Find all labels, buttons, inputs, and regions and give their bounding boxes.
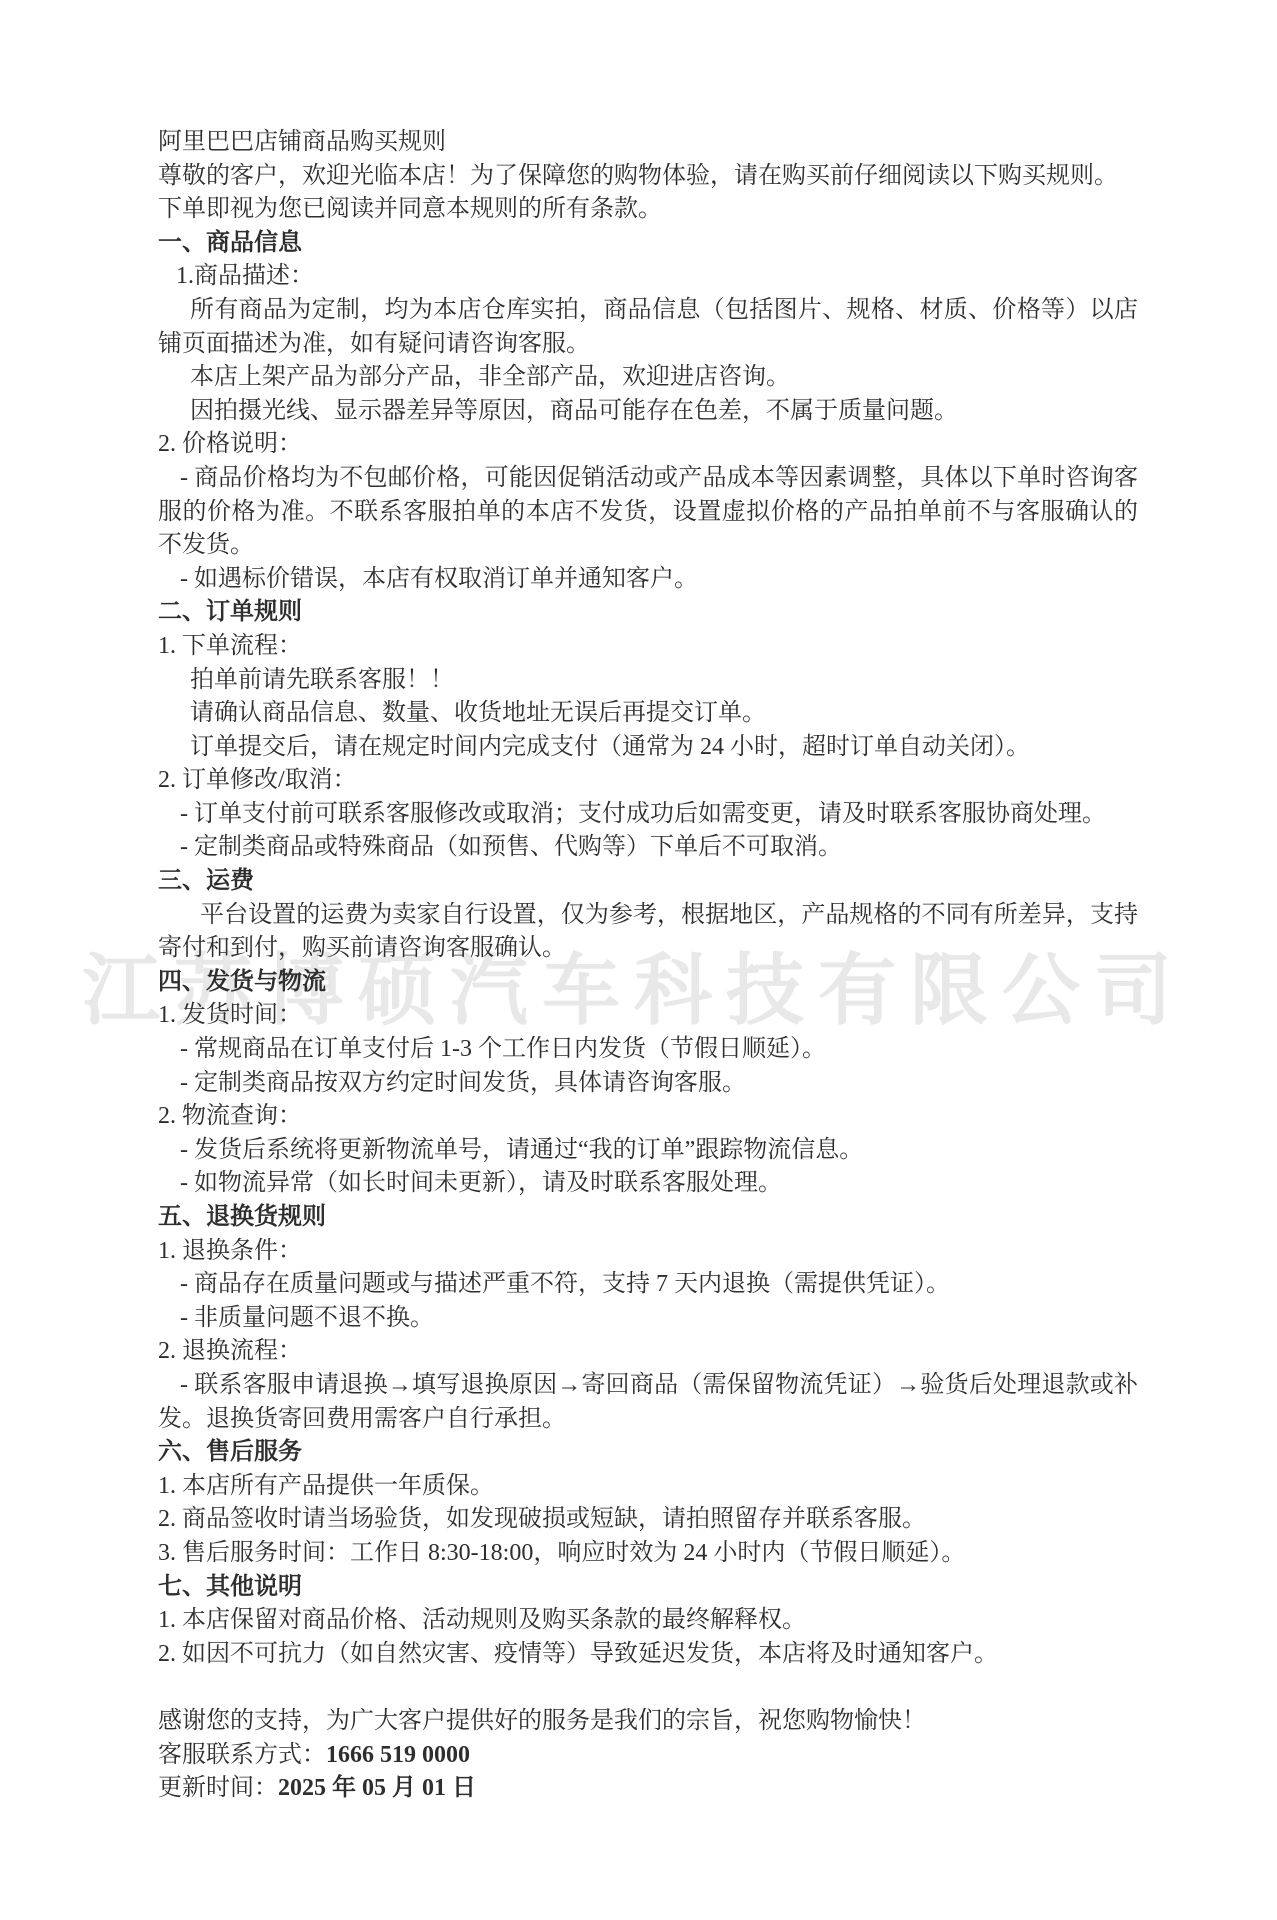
- doc-line: - 商品存在质量问题或与描述严重不符，支持 7 天内退换（需提供凭证）。: [158, 1268, 1138, 1302]
- doc-line: - 定制类商品或特殊商品（如预售、代购等）下单后不可取消。: [158, 831, 1138, 865]
- section-heading: 四、发货与物流: [158, 966, 1138, 1000]
- doc-line: 2. 物流查询：: [158, 1100, 1138, 1134]
- doc-line: 因拍摄光线、显示器差异等原因，商品可能存在色差，不属于质量问题。: [158, 395, 1138, 429]
- section-heading: 七、其他说明: [158, 1571, 1138, 1605]
- doc-line: 1. 发货时间：: [158, 999, 1138, 1033]
- update-label: 更新时间：: [158, 1775, 278, 1801]
- section-heading: 六、售后服务: [158, 1436, 1138, 1470]
- doc-line: 1. 本店保留对商品价格、活动规则及购买条款的最终解释权。: [158, 1604, 1138, 1638]
- doc-line: - 联系客服申请退换→填写退换原因→寄回商品（需保留物流凭证）→验货后处理退款或…: [158, 1369, 1138, 1436]
- section-shipping-fee: 三、运费 平台设置的运费为卖家自行设置，仅为参考，根据地区，产品规格的不同有所差…: [158, 865, 1138, 966]
- blank-line: [158, 1671, 1138, 1705]
- closing-line: 感谢您的支持，为广大客户提供好的服务是我们的宗旨，祝您购物愉快！: [158, 1705, 1138, 1739]
- section-return-exchange: 五、退换货规则 1. 退换条件： - 商品存在质量问题或与描述严重不符，支持 7…: [158, 1201, 1138, 1436]
- doc-line: 1. 本店所有产品提供一年质保。: [158, 1470, 1138, 1504]
- section-heading: 二、订单规则: [158, 596, 1138, 630]
- contact-label: 客服联系方式：: [158, 1742, 326, 1768]
- doc-line: - 常规商品在订单支付后 1-3 个工作日内发货（节假日顺延）。: [158, 1033, 1138, 1067]
- doc-line: 3. 售后服务时间：工作日 8:30-18:00，响应时效为 24 小时内（节假…: [158, 1537, 1138, 1571]
- doc-line: - 非质量问题不退不换。: [158, 1302, 1138, 1336]
- section-delivery-logistics: 四、发货与物流 1. 发货时间： - 常规商品在订单支付后 1-3 个工作日内发…: [158, 966, 1138, 1201]
- doc-line: 订单提交后，请在规定时间内完成支付（通常为 24 小时，超时订单自动关闭）。: [158, 731, 1138, 765]
- contact-line: 客服联系方式：1666 519 0000: [158, 1739, 1138, 1773]
- doc-title: 阿里巴巴店铺商品购买规则: [158, 126, 1138, 160]
- section-order-rules: 二、订单规则 1. 下单流程： 拍单前请先联系客服！！ 请确认商品信息、数量、收…: [158, 596, 1138, 865]
- section-heading: 三、运费: [158, 865, 1138, 899]
- doc-line: 2. 商品签收时请当场验货，如发现破损或短缺，请拍照留存并联系客服。: [158, 1503, 1138, 1537]
- intro-line-2: 下单即视为您已阅读并同意本规则的所有条款。: [158, 193, 1138, 227]
- doc-line: 1.商品描述：: [158, 260, 1138, 294]
- doc-line: 2. 退换流程：: [158, 1335, 1138, 1369]
- update-date: 2025 年 05 月 01 日: [278, 1775, 476, 1801]
- section-heading: 一、商品信息: [158, 227, 1138, 261]
- section-after-sales: 六、售后服务 1. 本店所有产品提供一年质保。 2. 商品签收时请当场验货，如发…: [158, 1436, 1138, 1570]
- doc-line: - 发货后系统将更新物流单号，请通过“我的订单”跟踪物流信息。: [158, 1134, 1138, 1168]
- section-heading: 五、退换货规则: [158, 1201, 1138, 1235]
- document-content: 阿里巴巴店铺商品购买规则 尊敬的客户，欢迎光临本店！为了保障您的购物体验，请在购…: [0, 0, 1277, 1806]
- doc-line: - 如遇标价错误，本店有权取消订单并通知客户。: [158, 563, 1138, 597]
- doc-line: 2. 价格说明：: [158, 428, 1138, 462]
- doc-line: - 如物流异常（如长时间未更新），请及时联系客服处理。: [158, 1167, 1138, 1201]
- update-line: 更新时间：2025 年 05 月 01 日: [158, 1772, 1138, 1806]
- doc-line: - 订单支付前可联系客服修改或取消；支付成功后如需变更，请及时联系客服协商处理。: [158, 798, 1138, 832]
- doc-line: - 商品价格均为不包邮价格，可能因促销活动或产品成本等因素调整，具体以下单时咨询…: [158, 462, 1138, 563]
- doc-line: 请确认商品信息、数量、收货地址无误后再提交订单。: [158, 697, 1138, 731]
- doc-line: 2. 如因不可抗力（如自然灾害、疫情等）导致延迟发货，本店将及时通知客户。: [158, 1638, 1138, 1672]
- intro-line-1: 尊敬的客户，欢迎光临本店！为了保障您的购物体验，请在购买前仔细阅读以下购买规则。: [158, 160, 1138, 194]
- section-other-notes: 七、其他说明 1. 本店保留对商品价格、活动规则及购买条款的最终解释权。 2. …: [158, 1571, 1138, 1672]
- doc-line: 平台设置的运费为卖家自行设置，仅为参考，根据地区，产品规格的不同有所差异，支持寄…: [158, 899, 1138, 966]
- doc-line: - 定制类商品按双方约定时间发货，具体请咨询客服。: [158, 1067, 1138, 1101]
- contact-phone: 1666 519 0000: [326, 1742, 470, 1768]
- section-product-info: 一、商品信息 1.商品描述： 所有商品为定制，均为本店仓库实拍，商品信息（包括图…: [158, 227, 1138, 597]
- doc-line: 1. 下单流程：: [158, 630, 1138, 664]
- doc-line: 2. 订单修改/取消：: [158, 764, 1138, 798]
- doc-line: 拍单前请先联系客服！！: [158, 664, 1138, 698]
- document-page: 江苏博硕汽车科技有限公司 阿里巴巴店铺商品购买规则 尊敬的客户，欢迎光临本店！为…: [0, 0, 1277, 1920]
- doc-line: 1. 退换条件：: [158, 1235, 1138, 1269]
- doc-line: 本店上架产品为部分产品，非全部产品，欢迎进店咨询。: [158, 361, 1138, 395]
- doc-line: 所有商品为定制，均为本店仓库实拍，商品信息（包括图片、规格、材质、价格等）以店铺…: [158, 294, 1138, 361]
